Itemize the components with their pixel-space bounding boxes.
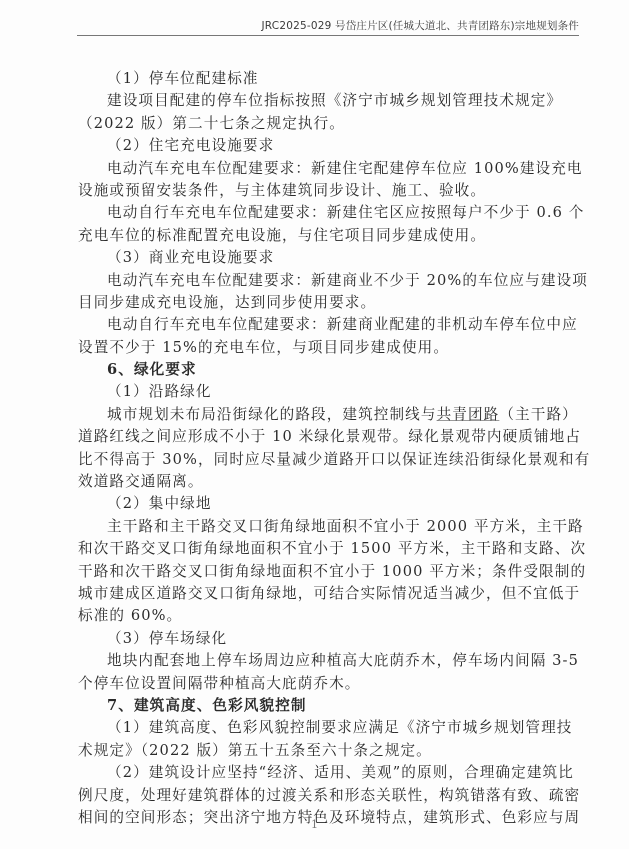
paragraph-line: （2）建筑设计应坚持“经济、适用、美观”的原则，合理确定建筑比 xyxy=(78,762,556,784)
paragraph-line: 城市建成区道路交叉口街角绿地，可结合实际情况适当减少，但不宜低于 xyxy=(78,583,556,605)
paragraph-line: 设置不少于 15%的充电车位，与项目同步建成使用。 xyxy=(78,337,556,359)
header-divider xyxy=(77,35,579,36)
paragraph-line: （2022 版）第二十七条之规定执行。 xyxy=(78,113,556,135)
paragraph-line: 术规定》（2022 版）第五十五条至六十条之规定。 xyxy=(78,740,556,762)
paragraph-line: 和次干路交叉口街角绿地面积不宜小于 1500 平方米，主干路和支路、次 xyxy=(78,538,556,560)
paragraph-line: 电动自行车充电车位配建要求：新建住宅区应按照每户不少于 0.6 个 xyxy=(78,202,556,224)
underlined-road-name: 共青团路 xyxy=(437,406,500,423)
document-page: JRC2025-029 号岱庄片区(任城大道北、共青团路东)宗地规划条件 （1）… xyxy=(0,0,629,849)
paragraph-line: 电动汽车充电车位配建要求：新建商业不少于 20%的车位应与建设项 xyxy=(78,270,556,292)
paragraph-line: 干路和次干路交叉口街角绿地面积不宜小于 1000 平方米；条件受限制的 xyxy=(78,561,556,583)
text-span: （主干路） xyxy=(499,406,577,423)
paragraph-line: （1）建筑高度、色彩风貌控制要求应满足《济宁市城乡规划管理技 xyxy=(78,717,556,739)
paragraph-line: 地块内配套地上停车场周边应种植高大庇荫乔木，停车场内间隔 3-5 xyxy=(78,650,556,672)
subsection-heading: （3）商业充电设施要求 xyxy=(78,247,556,269)
subsection-heading: （1）停车位配建标准 xyxy=(78,68,556,90)
paragraph-line: 比不得高于 30%，同时应尽量减少道路开口以保证连续沿街绿化景观和有 xyxy=(78,449,556,471)
subsection-heading: （2）集中绿地 xyxy=(78,493,556,515)
paragraph-line: 城市规划未布局沿街绿化的路段，建筑控制线与共青团路（主干路） xyxy=(78,404,556,426)
paragraph-line: 效道路交通隔离。 xyxy=(78,471,556,493)
subsection-heading: （1）沿路绿化 xyxy=(78,381,556,403)
subsection-heading: （2）住宅充电设施要求 xyxy=(78,135,556,157)
paragraph-line: 设施或预留安装条件，与主体建筑同步设计、施工、验收。 xyxy=(78,180,556,202)
section-heading: 7、建筑高度、色彩风貌控制 xyxy=(78,695,556,717)
text-span: 城市规划未布局沿街绿化的路段，建筑控制线与 xyxy=(107,406,437,423)
paragraph-line: 标准的 60%。 xyxy=(78,605,556,627)
paragraph-line: 主干路和主干路交叉口街角绿地面积不宜小于 2000 平方米，主干路 xyxy=(78,516,556,538)
paragraph-line: 道路红线之间应形成不小于 10 米绿化景观带。绿化景观带内硬质铺地占 xyxy=(78,426,556,448)
paragraph-line: 电动自行车充电车位配建要求：新建商业配建的非机动车停车位中应 xyxy=(78,314,556,336)
paragraph-line: 例尺度，处理好建筑群体的过渡关系和形态关联性，构筑错落有致、疏密 xyxy=(78,785,556,807)
paragraph-line: 电动汽车充电车位配建要求：新建住宅配建停车位应 100%建设充电 xyxy=(78,158,556,180)
running-header: JRC2025-029 号岱庄片区(任城大道北、共青团路东)宗地规划条件 xyxy=(76,18,579,33)
section-heading: 6、绿化要求 xyxy=(78,359,556,381)
paragraph-line: 建设项目配建的停车位指标按照《济宁市城乡规划管理技术规定》 xyxy=(78,90,556,112)
paragraph-line: 个停车位设置间隔带种植高大庇荫乔木。 xyxy=(78,673,556,695)
paragraph-line: 充电车位的标准配置充电设施，与住宅项目同步建成使用。 xyxy=(78,225,556,247)
subsection-heading: （3）停车场绿化 xyxy=(78,628,556,650)
document-body: （1）停车位配建标准建设项目配建的停车位指标按照《济宁市城乡规划管理技术规定》（… xyxy=(78,68,556,829)
paragraph-line: 目同步建成充电设施，达到同步使用要求。 xyxy=(78,292,556,314)
page-number: 1 xyxy=(0,818,629,831)
